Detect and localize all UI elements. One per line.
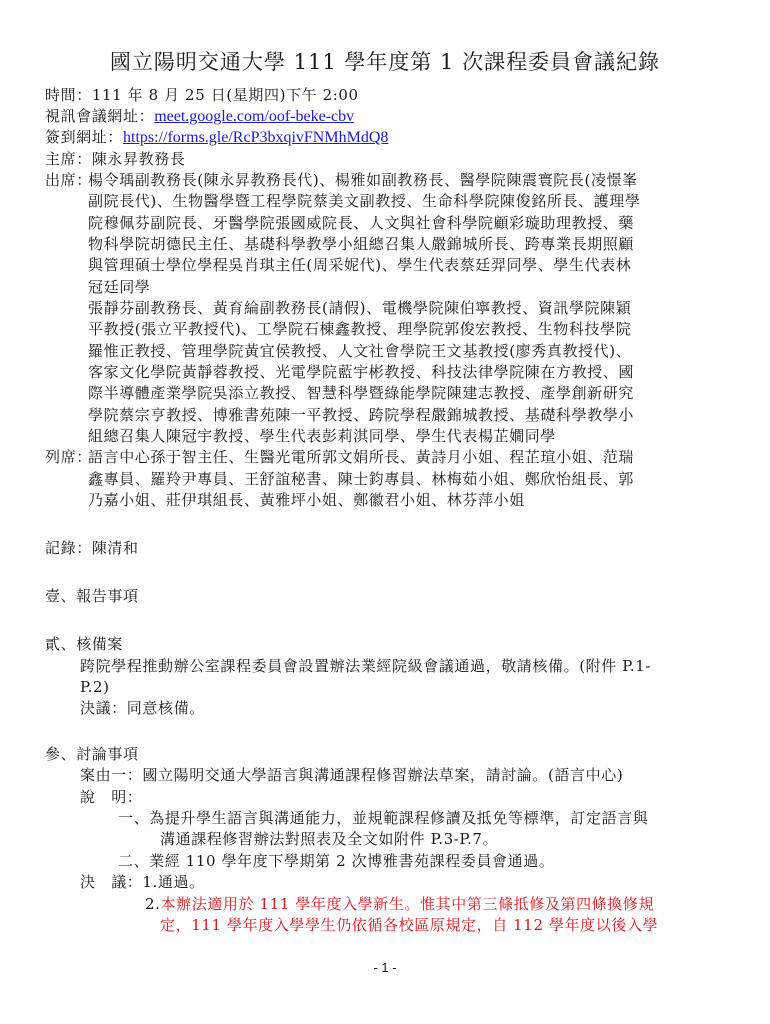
resolution-item-num: 2. bbox=[145, 895, 161, 913]
explain-item-1-cont: 溝通課程修習辦法對照表及全文如附件 P.3-P.7。 bbox=[160, 829, 498, 850]
recorder: 記錄：陳清和 bbox=[45, 538, 139, 559]
meeting-time: 時間：111 年 8 月 25 日(星期四)下午 2:00 bbox=[45, 85, 359, 106]
explain-item-1: 一、為提升學生語言與溝通能力，並規範課程修讀及抵免等標準，訂定語言與 bbox=[118, 808, 648, 829]
observers-line: 語言中心孫于智主任、生醫光電所郭文娟所長、黃詩月小姐、程芷瑄小姐、范瑞 bbox=[88, 447, 634, 468]
present-line: 副院長代)、生物醫學暨工程學院蔡美文副教授、生命科學院陳俊銘所長、護理學 bbox=[88, 191, 640, 212]
approval-resolution: 決議：同意核備。 bbox=[80, 698, 205, 719]
section-approval-heading: 貳、核備案 bbox=[45, 634, 123, 655]
absent-line: 平教授(張立平教授代)、工學院石棟鑫教授、理學院郭俊宏教授、生物科技學院 bbox=[88, 319, 631, 340]
signin-url: 簽到網址：https://forms.gle/RcP3bxqivFNMhMdQ8 bbox=[45, 127, 388, 148]
signin-link[interactable]: https://forms.gle/RcP3bxqivFNMhMdQ8 bbox=[123, 129, 388, 146]
explain-item-2: 二、業經 110 學年度下學期第 2 次博雅書苑課程委員會通過。 bbox=[118, 851, 554, 872]
document-title: 國立陽明交通大學 111 學年度第 1 次課程委員會議紀錄 bbox=[0, 48, 770, 76]
signin-label: 簽到網址： bbox=[45, 128, 123, 146]
present-line: 與管理碩士學位學程吳肖琪主任(周采妮代)、學生代表蔡廷羿同學、學生代表林 bbox=[88, 255, 631, 276]
chair: 主席：陳永昇教務長 bbox=[45, 149, 185, 170]
resolution-label: 決 議： bbox=[80, 873, 142, 891]
discussion-case: 案由一：國立陽明交通大學語言與溝通課程修習辦法草案，請討論。(語言中心) bbox=[80, 765, 623, 786]
absent-line: 組總召集人陳冠宇教授、學生代表彭莉淇同學、學生代表楊芷嫺同學 bbox=[88, 426, 556, 447]
video-label: 視訊會議網址： bbox=[45, 107, 154, 125]
present-line: 物科學院胡德民主任、基礎科學教學小組總召集人嚴錦城所長、跨專業長期照顧 bbox=[88, 234, 634, 255]
video-meeting-url: 視訊會議網址：meet.google.com/oof-beke-cbv bbox=[45, 106, 354, 127]
present-line: 院穆佩芬副院長、牙醫學院張國威院長、人文與社會科學院顧彩璇助理教授、藥 bbox=[88, 213, 634, 234]
explain-label: 說 明： bbox=[80, 787, 142, 808]
resolution-item-num: 1. bbox=[142, 873, 158, 891]
document-page: 國立陽明交通大學 111 學年度第 1 次課程委員會議紀錄 時間：111 年 8… bbox=[0, 0, 770, 1024]
video-meeting-link[interactable]: meet.google.com/oof-beke-cbv bbox=[154, 108, 354, 125]
resolution-item-2: 2.本辦法適用於 111 學年度入學新生。惟其中第三條抵修及第四條換修規 bbox=[145, 894, 654, 915]
resolution-item-text-highlighted: 本辦法適用於 111 學年度入學新生。惟其中第三條抵修及第四條換修規 bbox=[161, 895, 655, 913]
section-discussion-heading: 參、討論事項 bbox=[45, 744, 139, 765]
approval-body-cont: P.2) bbox=[80, 677, 110, 698]
explain-item-num: 一、 bbox=[118, 809, 149, 827]
observers-line: 乃嘉小姐、莊伊琪組長、黃雅坪小姐、鄭徽君小姐、林芬萍小姐 bbox=[88, 490, 525, 511]
present-line: 冠廷同學 bbox=[88, 277, 150, 298]
chair-value: 陳永昇教務長 bbox=[92, 150, 186, 168]
absent-line: 客家文化學院黃靜蓉教授、光電學院藍宇彬教授、科技法律學院陳在方教授、國 bbox=[88, 362, 634, 383]
observers-label: 列席： bbox=[45, 447, 92, 468]
explain-item-text: 業經 110 學年度下學期第 2 次博雅書苑課程委員會通過。 bbox=[149, 852, 554, 870]
recorder-label: 記錄： bbox=[45, 539, 92, 557]
resolution: 決 議：1.通過。 bbox=[80, 872, 205, 893]
present-line: 楊令瑀副教務長(陳永昇教務長代)、楊雅如副教務長、醫學院陳震寰院長(凌憬峯 bbox=[88, 170, 638, 191]
resolution-item-text: 通過。 bbox=[158, 873, 205, 891]
absent-line: 際半導體產業學院吳添立教授、智慧科學暨綠能學院陳建志教授、產學創新研究 bbox=[88, 383, 634, 404]
present-label: 出席： bbox=[45, 170, 92, 191]
time-value: 111 年 8 月 25 日(星期四)下午 2:00 bbox=[92, 86, 359, 104]
absent-line: 張靜芬副教務長、黃育綸副教務長(請假)、電機學院陳伯寧教授、資訊學院陳穎 bbox=[88, 298, 631, 319]
explain-item-text: 為提升學生語言與溝通能力，並規範課程修讀及抵免等標準，訂定語言與 bbox=[149, 809, 648, 827]
section-report-heading: 壹、報告事項 bbox=[45, 586, 139, 607]
recorder-value: 陳清和 bbox=[92, 539, 139, 557]
resolution-item-2-cont: 定，111 學年度入學學生仍依循各校區原規定，自 112 學年度以後入學 bbox=[160, 915, 658, 936]
absent-line: 羅惟正教授、管理學院黃宜侯教授、人文社會學院王文基教授(廖秀真教授代)、 bbox=[88, 341, 631, 362]
approval-body: 跨院學程推動辦公室課程委員會設置辦法業經院級會議通過，敬請核備。(附件 P.1- bbox=[80, 656, 651, 677]
time-label: 時間： bbox=[45, 86, 92, 104]
explain-item-num: 二、 bbox=[118, 852, 149, 870]
absent-line: 學院蔡宗亨教授、博雅書苑陳一平教授、跨院學程嚴錦城教授、基礎科學教學小 bbox=[88, 405, 634, 426]
chair-label: 主席： bbox=[45, 150, 92, 168]
observers-line: 鑫專員、羅羚尹專員、王舒誼秘書、陳士鈞專員、林梅茹小姐、鄭欣怡組長、郭 bbox=[88, 469, 634, 490]
page-number: - 1 - bbox=[0, 960, 770, 975]
